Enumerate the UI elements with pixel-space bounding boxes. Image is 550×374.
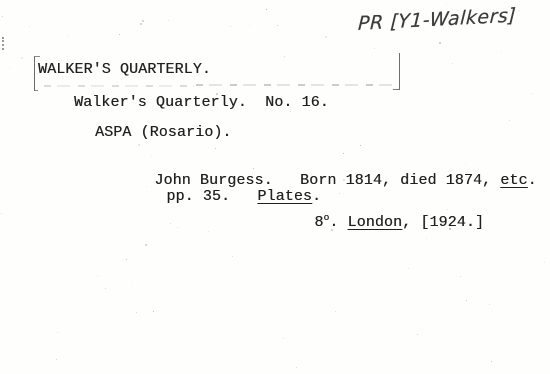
card-heading: WALKER'S QUARTERLY. — [38, 62, 211, 78]
classmark-annotation: PR [Y1-Walkers] — [358, 3, 544, 35]
imprint-separator: . — [329, 214, 347, 231]
format-number: 8 — [314, 214, 323, 231]
collation-text: pp. 35. — [166, 188, 257, 205]
card-edge-mark — [2, 37, 4, 50]
entry-line: Walker's Quarterly. No. 16. — [74, 95, 329, 111]
note-emphasis: etc — [500, 172, 527, 189]
note-period: . — [528, 172, 537, 189]
imprint-line: 8o. London, [1924.] — [278, 199, 484, 248]
imprint-place: London — [348, 214, 403, 231]
faint-underline-rule — [196, 84, 396, 86]
catalog-card: PR [Y1-Walkers] WALKER'S QUARTERLY. Walk… — [0, 0, 550, 374]
author-line: ASPA (Rosario). — [95, 125, 232, 141]
imprint-date: , [1924.] — [402, 214, 484, 231]
format-superscript: o — [324, 210, 330, 226]
faint-underline-rule — [44, 85, 194, 87]
